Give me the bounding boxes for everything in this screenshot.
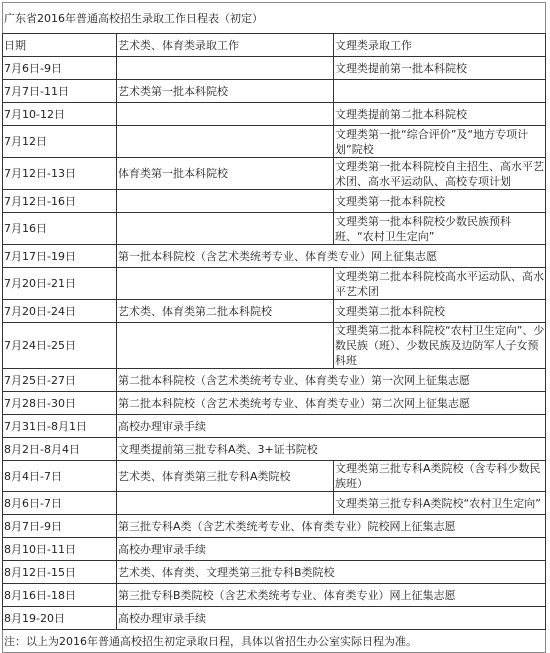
header-date: 日期 xyxy=(3,34,117,57)
liberal-science-cell: 文理类提前第一批本科院校 xyxy=(334,57,546,80)
table-row: 8月12日-15日艺术类、体育类、文理类第三批专科B类院校 xyxy=(3,561,546,584)
table-header-row: 日期 艺术类、体育类录取工作 文理类录取工作 xyxy=(3,34,546,57)
table-row: 7月25日-27日第二批本科院校（含艺术类统考专业、体育类专业）第一次网上征集志… xyxy=(3,369,546,392)
liberal-science-cell: 文理类第一批本科院校少数民族预科班、“农村卫生定向” xyxy=(334,213,546,245)
table-row: 8月6日-7日文理类第三批专科A类院校“农村卫生定向” xyxy=(3,492,546,515)
table-row: 7月20日-24日艺术类、体育类第二批本科院校文理类第二批本科院校 xyxy=(3,300,546,323)
date-cell: 7月24日-25日 xyxy=(3,323,117,369)
footnote: 注：以上为2016年普通高校招生初定录取日程，具体以省招生办公室实际日程为准。 xyxy=(3,630,546,634)
liberal-science-cell: 文理类第三批专科A类院校（含专科少数民族班） xyxy=(334,461,546,492)
liberal-science-cell: 文理类第一批“综合评价”及“地方专项计划”院校 xyxy=(334,126,546,158)
combined-work-cell: 艺术类、体育类、文理类第三批专科B类院校 xyxy=(117,561,546,584)
date-cell: 7月31日-8月1日 xyxy=(3,415,117,438)
combined-work-cell: 高校办理审录手续 xyxy=(117,415,546,438)
table-row: 8月16日-18日第三批专科B类院校（含艺术类统考专业、体育类专业）网上征集志愿 xyxy=(3,584,546,607)
combined-work-cell: 第二批本科院校（含艺术类统考专业、体育类专业）第一次网上征集志愿 xyxy=(117,369,546,392)
table-row: 8月7日-9日第三批专科A类（含艺术类统考专业、体育类专业）院校网上征集志愿 xyxy=(3,515,546,538)
date-cell: 7月16日 xyxy=(3,213,117,245)
combined-work-cell: 第二批本科院校（含艺术类统考专业、体育类专业）第二次网上征集志愿 xyxy=(117,392,546,415)
table-row: 7月12日文理类第一批“综合评价”及“地方专项计划”院校 xyxy=(3,126,546,158)
combined-work-cell: 第三批专科B类院校（含艺术类统考专业、体育类专业）网上征集志愿 xyxy=(117,584,546,607)
date-cell: 8月10日-11日 xyxy=(3,538,117,561)
date-cell: 7月25日-27日 xyxy=(3,369,117,392)
arts-sports-cell xyxy=(117,492,334,515)
liberal-science-cell: 文理类第一批本科院校 xyxy=(334,190,546,213)
arts-sports-cell xyxy=(117,126,334,158)
liberal-science-cell: 文理类第二批本科院校高水平运动队、高水平艺术团 xyxy=(334,268,546,300)
table-row: 8月2日-8月4日文理类提前第三批专科A类、3+证书院校 xyxy=(3,438,546,461)
arts-sports-cell xyxy=(117,268,334,300)
arts-sports-cell: 艺术类第一批本科院校 xyxy=(117,80,334,103)
date-cell: 7月28日-30日 xyxy=(3,392,117,415)
table-row: 7月10-12日文理类提前第二批本科院校 xyxy=(3,103,546,126)
date-cell: 8月6日-7日 xyxy=(3,492,117,515)
table-row: 7月12日-16日文理类第一批本科院校 xyxy=(3,190,546,213)
combined-work-cell: 第一批本科院校（含艺术类统考专业、体育类专业）网上征集志愿 xyxy=(117,245,546,268)
table-row: 8月4日-7日艺术类、体育类第三批专科A类院校文理类第三批专科A类院校（含专科少… xyxy=(3,461,546,492)
date-cell: 7月7日-11日 xyxy=(3,80,117,103)
table-row: 7月24日-25日文理类第二批本科院校“农村卫生定向”、少数民族（班）、少数民族… xyxy=(3,323,546,369)
arts-sports-cell xyxy=(117,190,334,213)
schedule-document: 广东省2016年普通高校招生录取工作日程表（初定） 日期 艺术类、体育类录取工作… xyxy=(2,2,545,633)
combined-work-cell: 高校办理审录手续 xyxy=(117,538,546,561)
arts-sports-cell: 艺术类、体育类第三批专科A类院校 xyxy=(117,461,334,492)
table-title-row: 广东省2016年普通高校招生录取工作日程表（初定） xyxy=(3,3,546,34)
table-title: 广东省2016年普通高校招生录取工作日程表（初定） xyxy=(3,3,546,34)
date-cell: 7月17日-19日 xyxy=(3,245,117,268)
table-row: 7月17日-19日第一批本科院校（含艺术类统考专业、体育类专业）网上征集志愿 xyxy=(3,245,546,268)
table-row: 7月12日-13日体育类第一批本科院校文理类第一批本科院校自主招生、高水平艺术团… xyxy=(3,158,546,190)
arts-sports-cell: 体育类第一批本科院校 xyxy=(117,158,334,190)
date-cell: 8月4日-7日 xyxy=(3,461,117,492)
arts-sports-cell xyxy=(117,323,334,369)
table-row: 7月6日-9日文理类提前第一批本科院校 xyxy=(3,57,546,80)
liberal-science-cell: 文理类第二批本科院校“农村卫生定向”、少数民族（班）、少数民族及边防军人子女预科… xyxy=(334,323,546,369)
date-cell: 8月19-20日 xyxy=(3,607,117,630)
admission-schedule-table: 广东省2016年普通高校招生录取工作日程表（初定） 日期 艺术类、体育类录取工作… xyxy=(2,2,546,633)
arts-sports-cell xyxy=(117,213,334,245)
combined-work-cell: 文理类提前第三批专科A类、3+证书院校 xyxy=(117,438,546,461)
table-row: 7月31日-8月1日高校办理审录手续 xyxy=(3,415,546,438)
liberal-science-cell: 文理类第三批专科A类院校“农村卫生定向” xyxy=(334,492,546,515)
liberal-science-cell xyxy=(334,80,546,103)
table-row: 8月19-20日高校办理审录手续 xyxy=(3,607,546,630)
date-cell: 8月12日-15日 xyxy=(3,561,117,584)
arts-sports-cell xyxy=(117,57,334,80)
header-arts-sports: 艺术类、体育类录取工作 xyxy=(117,34,334,57)
date-cell: 7月10-12日 xyxy=(3,103,117,126)
table-row: 7月28日-30日第二批本科院校（含艺术类统考专业、体育类专业）第二次网上征集志… xyxy=(3,392,546,415)
table-row: 7月16日文理类第一批本科院校少数民族预科班、“农村卫生定向” xyxy=(3,213,546,245)
liberal-science-cell: 文理类第一批本科院校自主招生、高水平艺术团、高水平运动队、高校专项计划 xyxy=(334,158,546,190)
note-row: 注：以上为2016年普通高校招生初定录取日程，具体以省招生办公室实际日程为准。 xyxy=(3,630,546,634)
table-row: 7月20日-21日文理类第二批本科院校高水平运动队、高水平艺术团 xyxy=(3,268,546,300)
date-cell: 7月20日-24日 xyxy=(3,300,117,323)
arts-sports-cell: 艺术类、体育类第二批本科院校 xyxy=(117,300,334,323)
date-cell: 7月6日-9日 xyxy=(3,57,117,80)
combined-work-cell: 第三批专科A类（含艺术类统考专业、体育类专业）院校网上征集志愿 xyxy=(117,515,546,538)
header-liberal-science: 文理类录取工作 xyxy=(334,34,546,57)
liberal-science-cell: 文理类第二批本科院校 xyxy=(334,300,546,323)
date-cell: 8月16日-18日 xyxy=(3,584,117,607)
combined-work-cell: 高校办理审录手续 xyxy=(117,607,546,630)
date-cell: 7月20日-21日 xyxy=(3,268,117,300)
arts-sports-cell xyxy=(117,103,334,126)
table-row: 7月7日-11日艺术类第一批本科院校 xyxy=(3,80,546,103)
liberal-science-cell: 文理类提前第二批本科院校 xyxy=(334,103,546,126)
date-cell: 7月12日-16日 xyxy=(3,190,117,213)
date-cell: 8月2日-8月4日 xyxy=(3,438,117,461)
date-cell: 7月12日 xyxy=(3,126,117,158)
table-row: 8月10日-11日高校办理审录手续 xyxy=(3,538,546,561)
date-cell: 7月12日-13日 xyxy=(3,158,117,190)
date-cell: 8月7日-9日 xyxy=(3,515,117,538)
